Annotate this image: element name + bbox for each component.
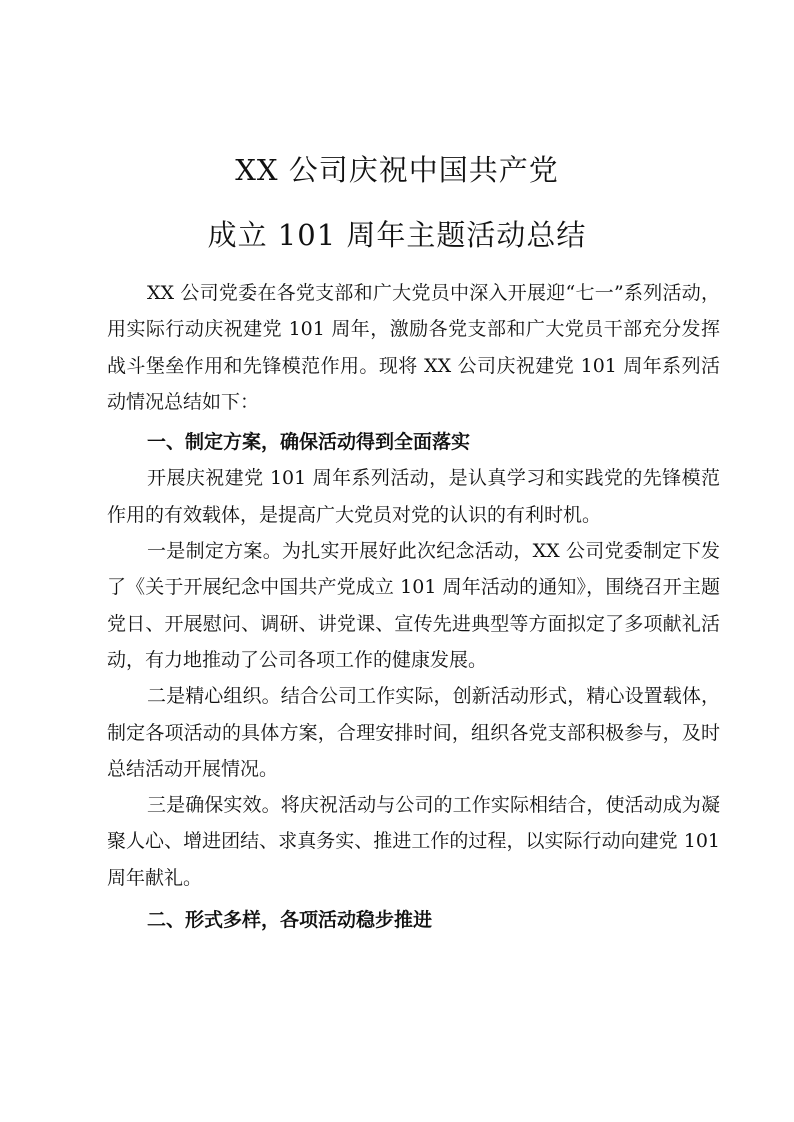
document-title-line-1: XX 公司庆祝中国共产党 bbox=[0, 148, 794, 189]
paragraph-1: 开展庆祝建党 101 周年系列活动，是认真学习和实践党的先锋模范作用的有效载体，… bbox=[107, 460, 720, 533]
document-title-line-2: 成立 101 周年主题活动总结 bbox=[0, 213, 794, 254]
paragraph-2: 一是制定方案。为扎实开展好此次纪念活动，XX 公司党委制定下发了《关于开展纪念中… bbox=[107, 533, 720, 678]
document-page: XX 公司庆祝中国共产党 成立 101 周年主题活动总结 XX 公司党委在各党支… bbox=[0, 0, 794, 1122]
intro-paragraph: XX 公司党委在各党支部和广大党员中深入开展迎“七一”系列活动，用实际行动庆祝建… bbox=[107, 275, 720, 420]
document-body: XX 公司党委在各党支部和广大党员中深入开展迎“七一”系列活动，用实际行动庆祝建… bbox=[107, 275, 720, 938]
paragraph-4: 三是确保实效。将庆祝活动与公司的工作实际相结合，使活动成为凝聚人心、增进团结、求… bbox=[107, 787, 720, 896]
paragraph-3: 二是精心组织。结合公司工作实际，创新活动形式，精心设置载体，制定各项活动的具体方… bbox=[107, 678, 720, 787]
section-heading-2: 二、形式多样，各项活动稳步推进 bbox=[107, 902, 720, 938]
section-heading-1: 一、制定方案，确保活动得到全面落实 bbox=[107, 424, 720, 460]
